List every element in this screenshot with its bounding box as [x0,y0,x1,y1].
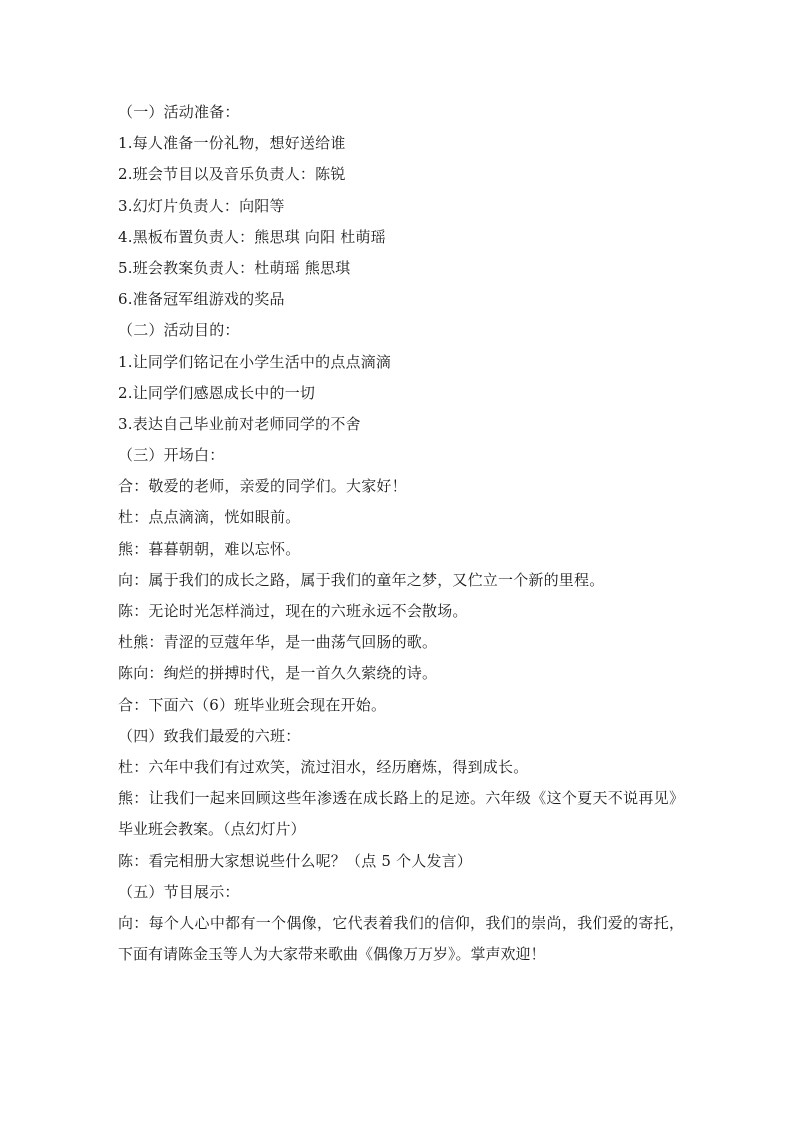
list-item: 2.班会节目以及音乐负责人：陈锐 [118,159,684,190]
section-heading: （五）节目展示： [118,877,684,908]
section-heading: （一）活动准备： [118,97,684,128]
dialogue-line: 陈：无论时光怎样淌过，现在的六班永远不会散场。 [118,596,684,627]
list-item: 1.让同学们铭记在小学生活中的点点滴滴 [118,347,684,378]
list-item: 4.黑板布置负责人：熊思琪 向阳 杜萌瑶 [118,222,684,253]
dialogue-line: 陈：看完相册大家想说些什么呢？（点 5 个人发言） [118,846,684,877]
list-item: 3.表达自己毕业前对老师同学的不舍 [118,409,684,440]
dialogue-line: 陈向：绚烂的拼搏时代，是一首久久萦绕的诗。 [118,658,684,689]
dialogue-line: 向：属于我们的成长之路，属于我们的童年之梦，又伫立一个新的里程。 [118,565,684,596]
list-item: 2.让同学们感恩成长中的一切 [118,378,684,409]
list-item: 3.幻灯片负责人：向阳等 [118,191,684,222]
document-page: （一）活动准备： 1.每人准备一份礼物，想好送给谁 2.班会节目以及音乐负责人：… [118,97,684,970]
list-item: 1.每人准备一份礼物，想好送给谁 [118,128,684,159]
dialogue-line: 杜：点点滴滴，恍如眼前。 [118,502,684,533]
dialogue-paragraph: 向：每个人心中都有一个偶像，它代表着我们的信仰，我们的崇尚，我们爱的寄托，下面有… [118,908,684,970]
list-item: 5.班会教案负责人：杜萌瑶 熊思琪 [118,253,684,284]
dialogue-line: 合：敬爱的老师，亲爱的同学们。大家好！ [118,471,684,502]
dialogue-line: 杜熊：青涩的豆蔻年华，是一曲荡气回肠的歌。 [118,627,684,658]
section-heading: （四）致我们最爱的六班： [118,721,684,752]
dialogue-line: 合：下面六（6）班毕业班会现在开始。 [118,690,684,721]
dialogue-line: 杜：六年中我们有过欢笑，流过泪水，经历磨炼，得到成长。 [118,752,684,783]
dialogue-paragraph: 熊：让我们一起来回顾这些年渗透在成长路上的足迹。六年级《这个夏天不说再见》毕业班… [118,783,684,845]
list-item: 6.准备冠军组游戏的奖品 [118,284,684,315]
section-heading: （二）活动目的： [118,315,684,346]
dialogue-line: 熊：暮暮朝朝，难以忘怀。 [118,534,684,565]
section-heading: （三）开场白： [118,440,684,471]
